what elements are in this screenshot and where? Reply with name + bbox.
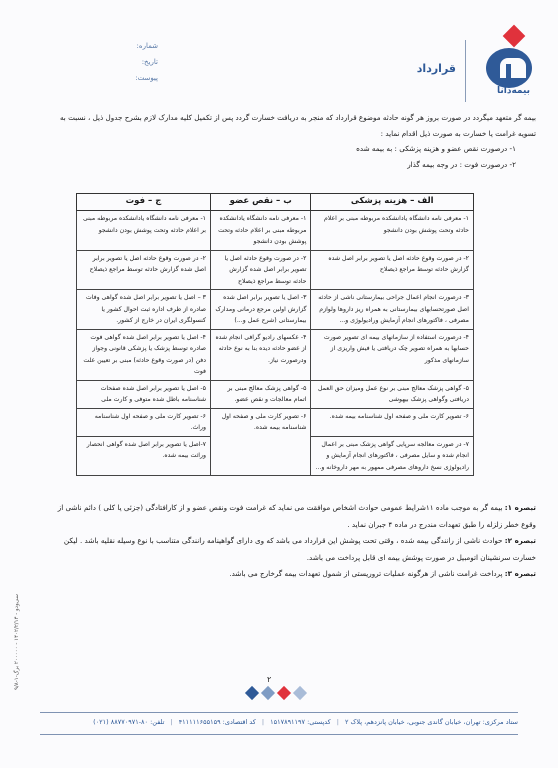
meta-fields: شماره: تاریخ: پیوست: [108,38,158,86]
table-cell: ۶- تصویر کارت ملی و صفحه اول شناسنامه بی… [211,408,311,476]
footer-diamonds [245,688,307,698]
diamond-icon [293,686,307,700]
table-cell: ۷- در صورت معالجه سرپایی گواهی پزشک مبنی… [311,436,474,476]
table-cell: ۱- معرفی نامه دانشگاه یادانشکده مربوطه م… [211,211,311,251]
table-row: ۴- درصورت استفاده از سازمانهای بیمه ای ت… [77,329,474,380]
column-header-disability: ب – نقص عضو [211,194,311,211]
table-cell: ۲- در صورت وقوع حادثه اصل یا تصویر برابر… [311,250,474,290]
note-label: تبصره ۳: [505,569,536,578]
document-page: بیمه‌دانا قرارداد شماره: تاریخ: پیوست: ب… [0,0,558,768]
intro-paragraph: بیمه گر متعهد میگردد در صورت بروز هر گون… [56,110,536,141]
document-title: قرارداد [417,62,456,75]
note-text: حوادث ناشی از رانندگی بیمه شده ، وقتی تح… [64,536,536,562]
logo-text: بیمه‌دانا [497,86,530,96]
meta-number: شماره: [108,38,158,54]
intro-item: ۱- درصورت نقص عضو و هزینه پزشکی : به بیم… [56,141,536,157]
table-cell: ۲- در صورت وقوع حادثه اصل یا تصویر برابر… [211,250,311,290]
footer-divider-bottom [40,734,518,735]
intro-item: ۲- درصورت فوت : در وجه بیمه گذار [56,157,536,173]
table-cell: ۳- درصورت انجام اعمال جراحی بیمارستانی ن… [311,290,474,330]
bimeh-dana-logo: بیمه‌دانا [470,22,540,102]
footer-phone: تلفن: ۸۰-۸۸۷۷۰۹۷۱ (۰۲۱) [93,718,164,726]
table-cell: ۴- درصورت استفاده از سازمانهای بیمه ای ت… [311,329,474,380]
table-cell: ۶- تصویر کارت ملی و صفحه اول شناسنامه ور… [77,408,211,436]
table-cell: ۵- گواهی پزشک معالج مبنی بر نوع عمل ومیز… [311,380,474,408]
footer-contact: ستاد مرکزی: تهران، خیابان گاندی جنوبی، خ… [40,718,518,726]
table-row: ۵- گواهی پزشک معالج مبنی بر نوع عمل ومیز… [77,380,474,408]
footer-divider-top [40,712,518,713]
meta-attachment: پیوست: [108,70,158,86]
table-row: ۱- معرفی نامه دانشگاه یادانشکده مربوطه م… [77,211,474,251]
table-cell: ۵- گواهی پزشک معالج مبنی بر اتمام معالجا… [211,380,311,408]
note-label: تبصره ۲: [505,536,536,545]
logo-diamond-icon [503,25,526,48]
page-number: ۲ [267,675,271,684]
note-label: تبصره ۱: [505,503,536,512]
documents-table: الف – هزینه پزشکی ب – نقص عضو ج – فوت ۱-… [76,193,474,476]
table-cell: ۶- تصویر کارت ملی و صفحه اول شناسنامه بی… [311,408,474,436]
note-text: بیمه گر به موجب ماده ۱۱شرایط عمومی حوادث… [58,503,536,529]
column-header-medical: الف – هزینه پزشکی [311,194,474,211]
note-1: تبصره ۱: بیمه گر به موجب ماده ۱۱شرایط عم… [56,500,536,533]
header-divider [465,40,466,102]
table-row: ۶- تصویر کارت ملی و صفحه اول شناسنامه بی… [77,408,474,436]
table-row: ۳- درصورت انجام اعمال جراحی بیمارستانی ن… [77,290,474,330]
table-cell: ۳ – اصل یا تصویر برابر اصل شده گواهی وفا… [77,290,211,330]
intro-section: بیمه گر متعهد میگردد در صورت بروز هر گون… [56,110,536,172]
meta-date: تاریخ: [108,54,158,70]
table-row: ۲- در صورت وقوع حادثه اصل یا تصویر برابر… [77,250,474,290]
table-cell: ۲- در صورت وقوع حادثه اصل یا تصویر برابر… [77,250,211,290]
diamond-icon [261,686,275,700]
table-cell: ۵- اصل یا تصویر برابر اصل شده صفحات شناس… [77,380,211,408]
note-2: تبصره ۲: حوادث ناشی از رانندگی بیمه شده … [56,533,536,566]
table-cell: ۷-اصل یا تصویر برابر اصل شده گواهی انحصا… [77,436,211,476]
footer-address: ستاد مرکزی: تهران، خیابان گاندی جنوبی، خ… [345,718,518,726]
diamond-icon [245,686,259,700]
table-cell: ۳- اصل یا تصویر برابر اصل شده گزارش اولی… [211,290,311,330]
column-header-death: ج – فوت [77,194,211,211]
notes-section: تبصره ۱: بیمه گر به موجب ماده ۱۱شرایط عم… [56,500,536,583]
diamond-icon [277,686,291,700]
table-cell: ۴- اصل یا تصویر برابر اصل شده گواهی فوت … [77,329,211,380]
letterhead: بیمه‌دانا قرارداد شماره: تاریخ: پیوست: [60,22,546,106]
logo-circle-icon [486,48,532,88]
print-code: ۹/۸-۱-سی‌ودو - ۱۴۰۲/۲/۱۴ - ۲۰۰۰۰۰ برگ [14,594,20,690]
note-text: پرداخت غرامت ناشی از هرگونه عملیات تروری… [229,569,504,578]
table-cell: ۱- معرفی نامه دانشگاه یادانشکده مربوطه م… [311,211,474,251]
note-3: تبصره ۳: پرداخت غرامت ناشی از هرگونه عمل… [56,566,536,583]
footer-economic-code: کد اقتصادی: ۴۱۱۱۱۱۶۵۵۱۵۹ [179,718,256,726]
table-cell: ۴- عکسهای رادیو گرافی انجام شده از عضو ح… [211,329,311,380]
table-cell: ۱- معرفی نامه دانشگاه یادانشکده مربوطه م… [77,211,211,251]
footer-postal: کدپستی: ۱۵۱۷۸۹۱۱۹۷ [270,718,331,726]
